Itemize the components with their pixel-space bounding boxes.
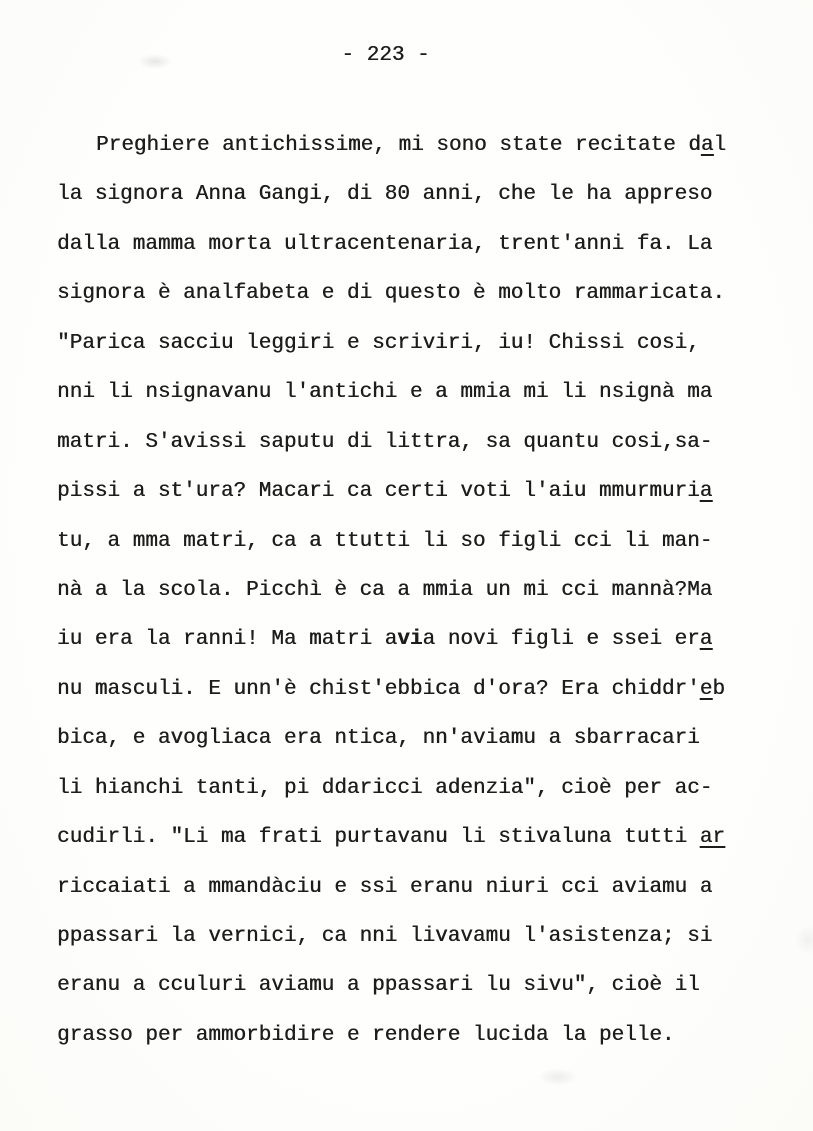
text-segment: tu, a mma matri, ca a ttutti li so figli… bbox=[57, 530, 712, 553]
text-segment: grasso per ammorbidire e rendere lucida … bbox=[57, 1024, 675, 1047]
text-line: dalla mamma morta ultracentenaria, trent… bbox=[57, 220, 787, 269]
text-segment: ar bbox=[700, 826, 725, 849]
text-segment: a bbox=[700, 628, 713, 651]
text-line: li hianchi tanti, pi ddaricci adenzia", … bbox=[57, 764, 787, 813]
text-line: eranu a cculuri aviamu a ppassari lu siv… bbox=[57, 961, 787, 1010]
text-segment: nu masculi. E unn'è chist'ebbica d'ora? … bbox=[57, 678, 700, 701]
text-line: tu, a mma matri, ca a ttutti li so figli… bbox=[57, 517, 787, 566]
text-segment: dalla mamma morta ultracentenaria, trent… bbox=[57, 233, 712, 256]
text-segment: iu era la ranni! Ma matri a bbox=[57, 628, 397, 651]
text-segment: cudirli. "Li ma frati purtavanu li stiva… bbox=[57, 826, 700, 849]
text-segment: matri. S'avissi saputu di littra, sa qua… bbox=[57, 431, 712, 454]
scanned-page: - 223 - Preghiere antichissime, mi sono … bbox=[0, 0, 813, 1131]
text-line: grasso per ammorbidire e rendere lucida … bbox=[57, 1011, 787, 1060]
text-segment: a bbox=[700, 480, 713, 503]
text-line: cudirli. "Li ma frati purtavanu li stiva… bbox=[57, 813, 787, 862]
text-line: matri. S'avissi saputu di littra, sa qua… bbox=[57, 418, 787, 467]
text-line: Preghiere antichissime, mi sono state re… bbox=[57, 121, 787, 170]
text-line: iu era la ranni! Ma matri avia novi figl… bbox=[57, 615, 787, 664]
text-segment: b bbox=[712, 678, 725, 701]
typewritten-text: Preghiere antichissime, mi sono state re… bbox=[57, 121, 787, 1060]
text-segment: nni li nsignavanu l'antichi e a mmia mi … bbox=[57, 381, 712, 404]
text-segment: l bbox=[714, 134, 727, 157]
text-segment: riccaiati a mmandàciu e ssi eranu niuri … bbox=[57, 876, 712, 899]
text-segment: la signora Anna Gangi, di 80 anni, che l… bbox=[57, 183, 712, 206]
text-segment: ppassari la vernici, ca nni livavamu l'a… bbox=[57, 925, 712, 948]
text-segment: eranu a cculuri aviamu a ppassari lu siv… bbox=[57, 974, 700, 997]
text-line: nà a la scola. Picchì è ca a mmia un mi … bbox=[57, 566, 787, 615]
text-line: la signora Anna Gangi, di 80 anni, che l… bbox=[57, 170, 787, 219]
text-segment: bica, e avogliaca era ntica, nn'aviamu a… bbox=[57, 727, 700, 750]
text-segment: Preghiere antichissime, mi sono state re… bbox=[96, 134, 701, 157]
text-line: riccaiati a mmandàciu e ssi eranu niuri … bbox=[57, 863, 787, 912]
text-line: ppassari la vernici, ca nni livavamu l'a… bbox=[57, 912, 787, 961]
text-segment: pissi a st'ura? Macari ca certi voti l'a… bbox=[57, 480, 700, 503]
text-segment: "Parica sacciu leggiri e scriviri, iu! C… bbox=[57, 332, 700, 355]
text-segment: li hianchi tanti, pi ddaricci adenzia", … bbox=[57, 777, 712, 800]
text-line: nni li nsignavanu l'antichi e a mmia mi … bbox=[57, 368, 787, 417]
text-line: signora è analfabeta e di questo è molto… bbox=[57, 269, 787, 318]
page-number: - 223 - bbox=[0, 44, 771, 67]
text-segment: nà a la scola. Picchì è ca a mmia un mi … bbox=[57, 579, 712, 602]
scan-smudge bbox=[795, 925, 813, 955]
scan-smudge bbox=[538, 1068, 578, 1086]
text-line: pissi a st'ura? Macari ca certi voti l'a… bbox=[57, 467, 787, 516]
text-segment: a bbox=[701, 134, 714, 157]
text-segment: a novi figli e ssei er bbox=[422, 628, 699, 651]
text-segment: signora è analfabeta e di questo è molto… bbox=[57, 282, 725, 305]
text-line: "Parica sacciu leggiri e scriviri, iu! C… bbox=[57, 319, 787, 368]
text-line: bica, e avogliaca era ntica, nn'aviamu a… bbox=[57, 714, 787, 763]
text-line: nu masculi. E unn'è chist'ebbica d'ora? … bbox=[57, 665, 787, 714]
text-segment: e bbox=[700, 678, 713, 701]
text-segment: vi bbox=[397, 628, 422, 651]
